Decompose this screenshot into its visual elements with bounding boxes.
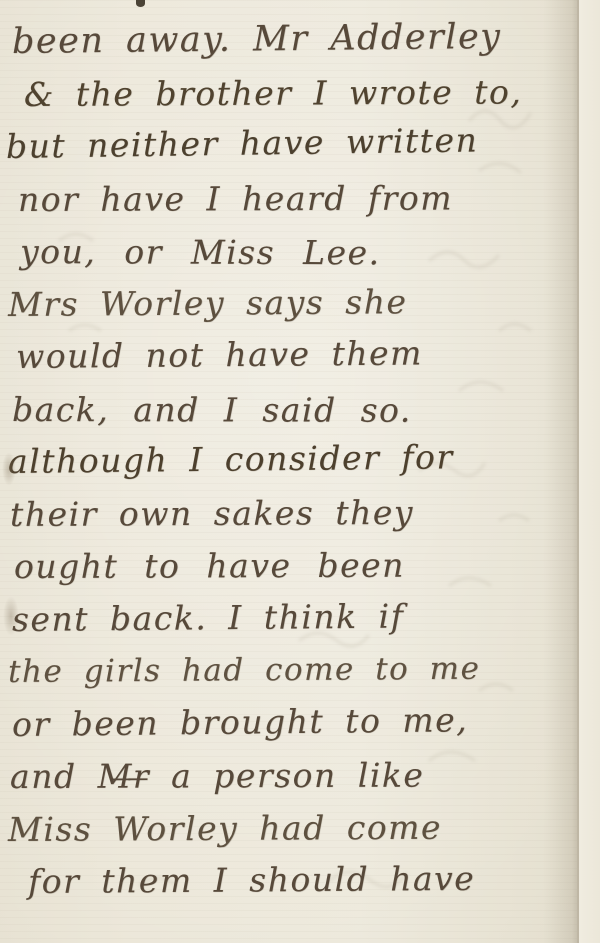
handwritten-line-14: or been brought to me,	[12, 692, 600, 751]
page-edge-margin	[579, 0, 600, 943]
ink-speck	[136, 0, 145, 7]
handwritten-line-10: their own sakes they	[10, 485, 600, 541]
page-edge-shadow	[543, 0, 577, 943]
letter-transcription: been away. Mr Adderley & the brother I w…	[0, 0, 600, 943]
handwritten-line-17: for them I should have	[28, 852, 600, 908]
handwritten-line-12: sent back. I think if	[12, 588, 600, 646]
handwritten-line-11: ought to have been	[14, 539, 600, 594]
letter-page: been away. Mr Adderley & the brother I w…	[0, 0, 600, 943]
handwritten-line-1: been away. Mr Adderley	[12, 10, 600, 69]
handwritten-line-6: Mrs Worley says she	[8, 274, 600, 331]
handwritten-line-9: although I consider for	[8, 430, 600, 489]
handwritten-line-15: and M̶r̶ a person like	[10, 749, 600, 804]
handwritten-line-5: you, or Miss Lee.	[20, 226, 600, 281]
handwritten-line-2: & the brother I wrote to,	[24, 65, 600, 121]
handwritten-line-13: the girls had come to me	[8, 642, 600, 699]
handwritten-line-8: back, and I said so.	[12, 384, 600, 438]
handwritten-line-3: but neither have written	[6, 113, 600, 174]
handwritten-line-16: Miss Worley had come	[8, 800, 600, 856]
handwritten-line-7: would not have them	[16, 326, 600, 384]
handwritten-line-4: nor have I heard from	[18, 171, 600, 226]
